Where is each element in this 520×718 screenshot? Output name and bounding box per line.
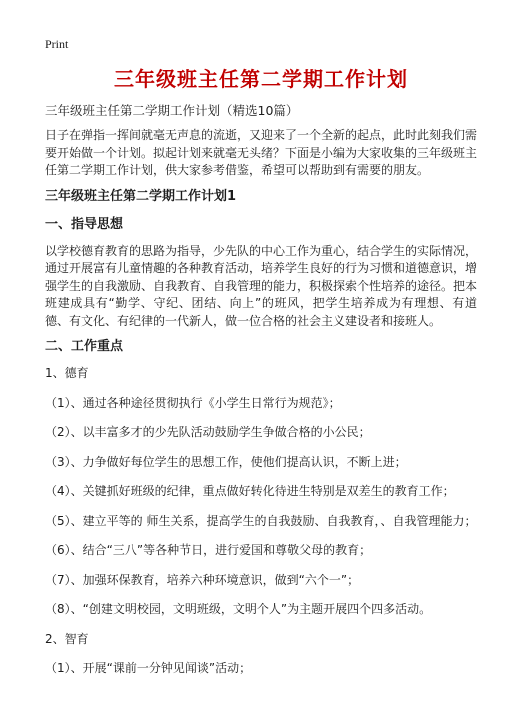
section-heading-work-focus: 二、工作重点 [45,338,477,356]
list-item: （6）、结合“三八”等各种节日，进行爱国和尊敬父母的教育； [45,542,477,560]
section-heading-guiding-ideology: 一、指导思想 [45,216,477,234]
doc-subtitle: 三年级班主任第二学期工作计划（精选10篇） [45,102,477,119]
article-heading: 三年级班主任第二学期工作计划1 [45,188,477,206]
subsection-label-intellectual-education: 2、智育 [45,631,477,649]
document-page: Print 三年级班主任第二学期工作计划 三年级班主任第二学期工作计划（精选10… [0,0,520,718]
list-item: （2）、以丰富多才的少先队活动鼓励学生争做合格的小公民； [45,424,477,442]
section-paragraph-guiding-ideology: 以学校德育教育的思路为指导，少先队的中心工作为重心，结合学生的实际情况，通过开展… [45,243,477,331]
list-item: （7）、加强环保教育，培养六种环境意识，做到“六个一”； [45,572,477,590]
list-item: （1）、通过各种途径贯彻执行《小学生日常行为规范》； [45,395,477,413]
intro-paragraph: 日子在弹指一挥间就毫无声息的流逝，又迎来了一个全新的起点，此时此刻我们需要开始做… [45,127,477,180]
print-link[interactable]: Print [45,36,68,52]
page-title: 三年级班主任第二学期工作计划 [45,66,477,92]
list-item: （4）、关键抓好班级的纪律，重点做好转化待进生特别是双差生的教育工作； [45,483,477,501]
list-item: （1）、开展“课前一分钟见闻谈”活动； [45,660,477,678]
list-item: （3）、力争做好每位学生的思想工作，使他们提高认识，不断上进； [45,454,477,472]
list-item: （5）、建立平等的 师生关系，提高学生的自我鼓励、自我教育，、自我管理能力； [45,513,477,531]
subsection-label-moral-education: 1、德育 [45,365,477,383]
list-item: （8）、“创建文明校园，文明班级，文明个人”为主题开展四个四多活动。 [45,601,477,619]
